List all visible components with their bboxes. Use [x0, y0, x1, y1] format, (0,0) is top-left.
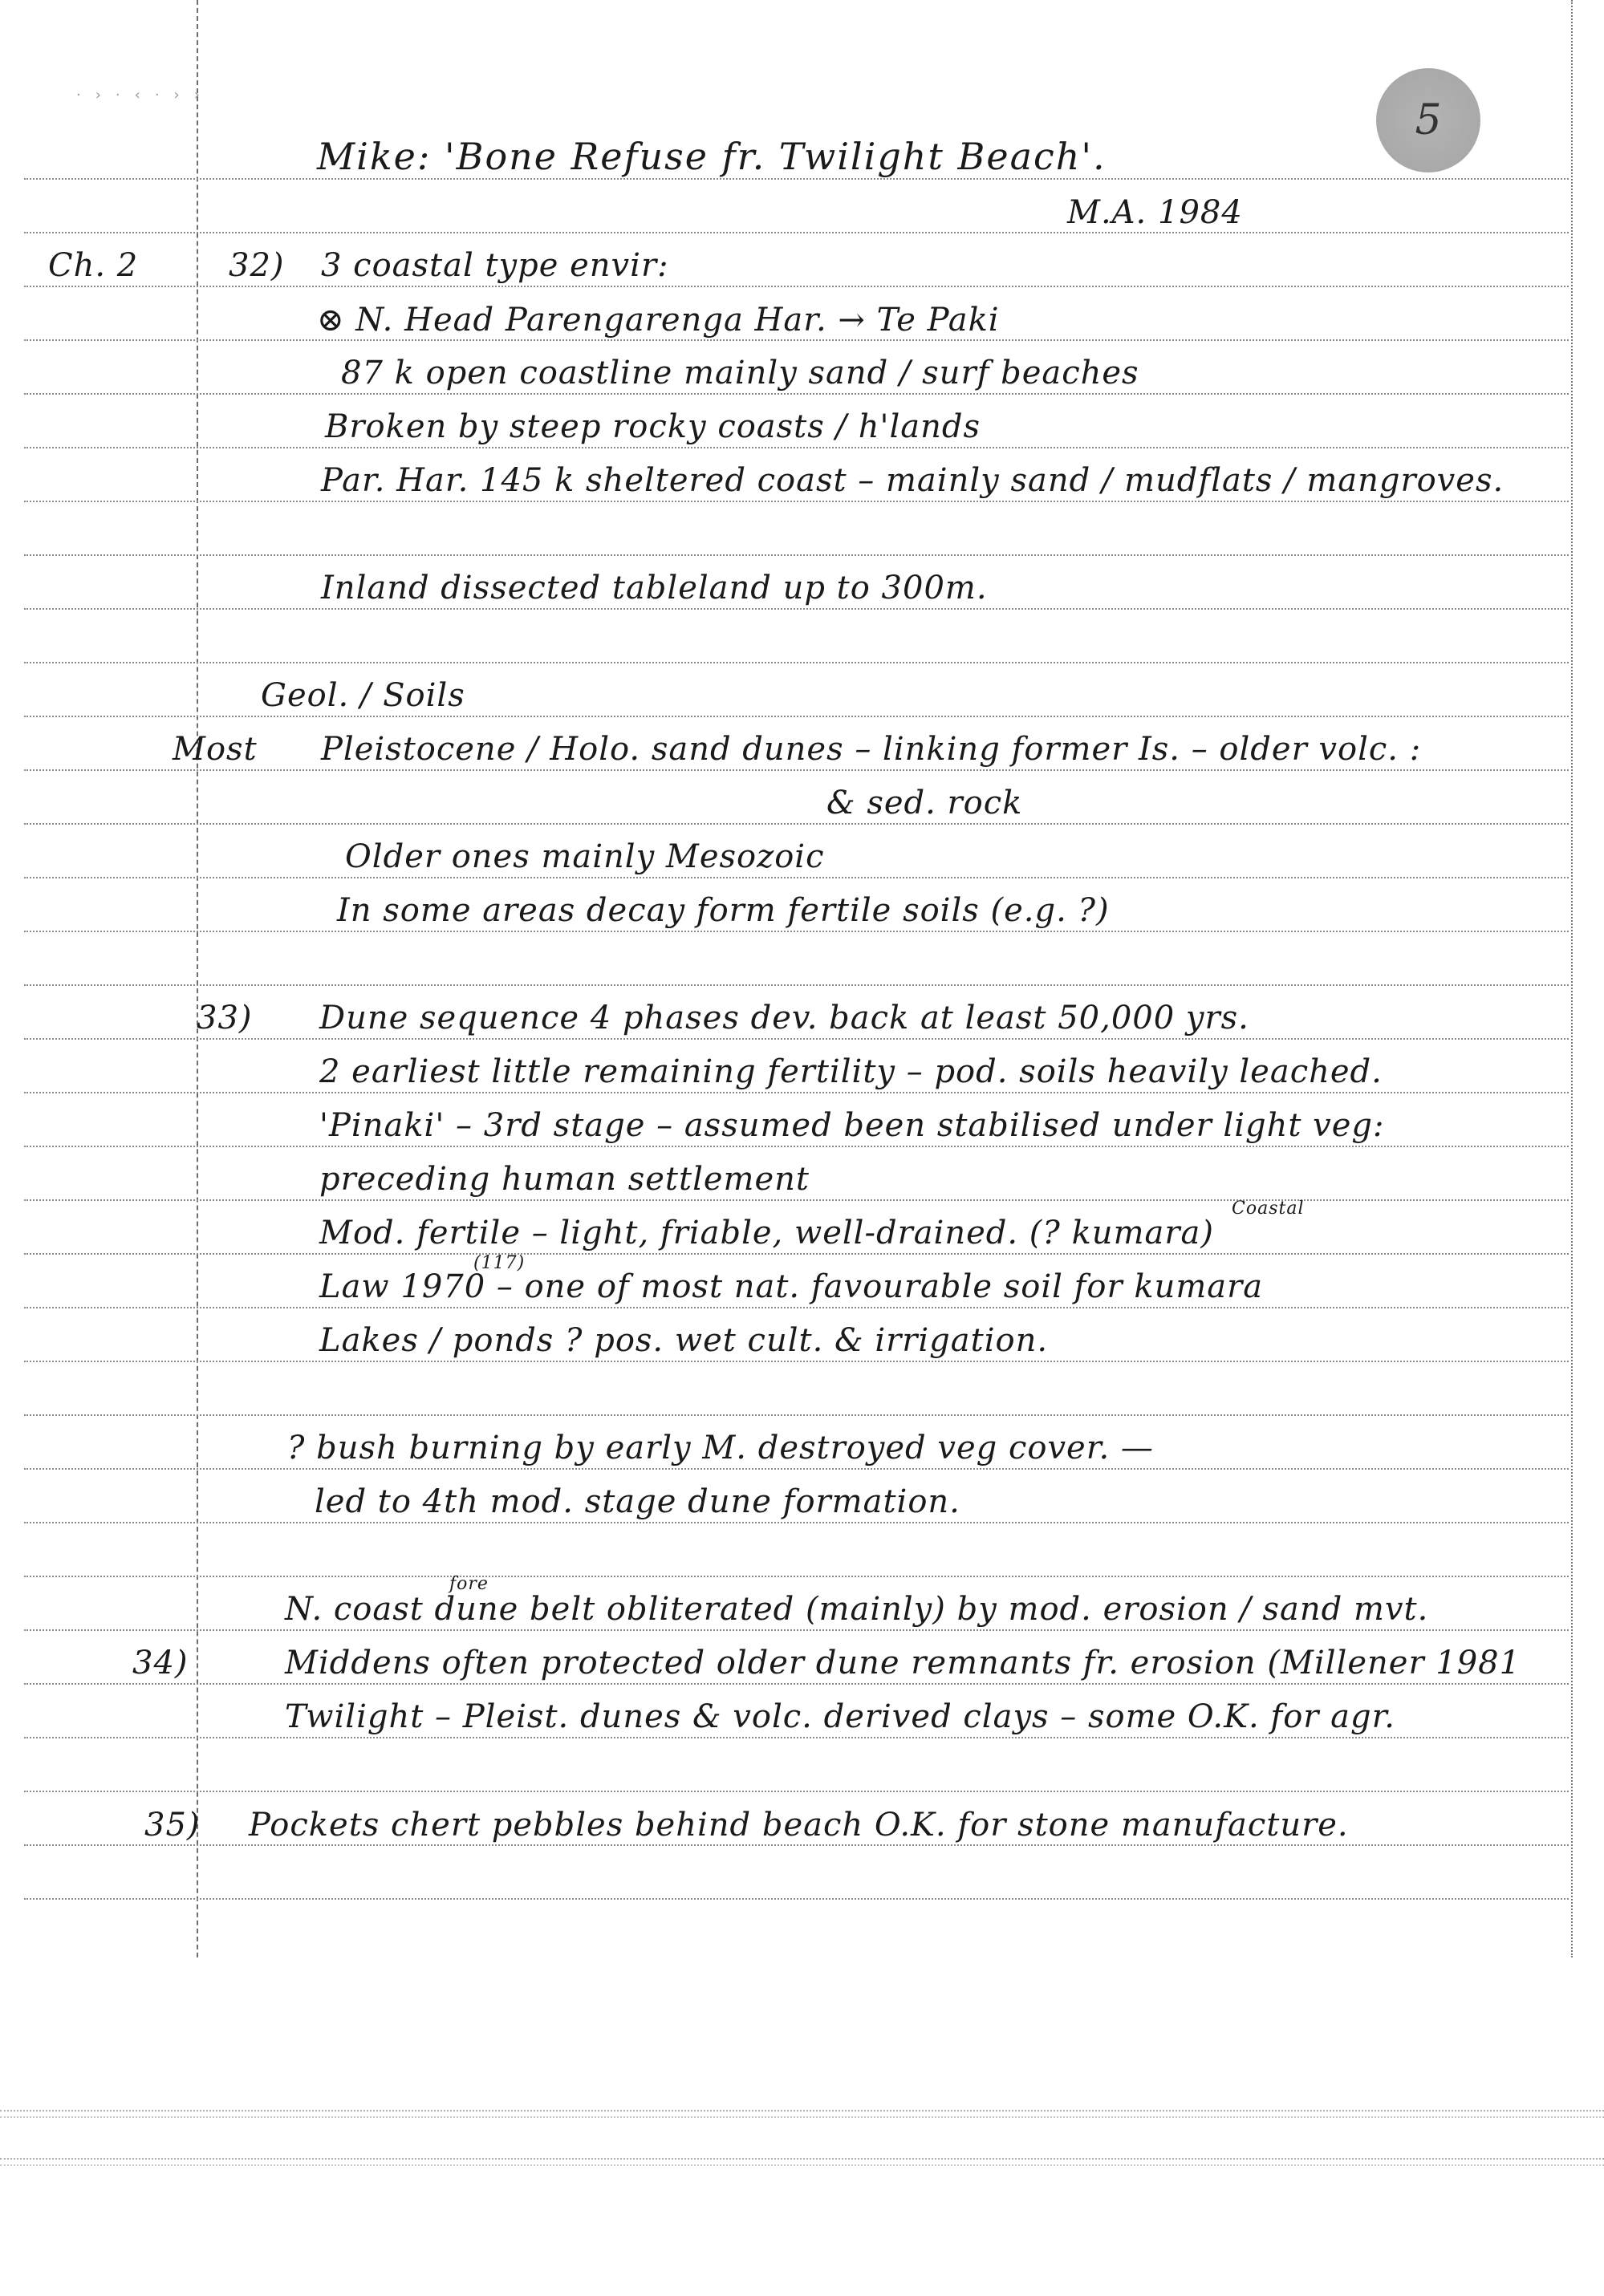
ruled-line [24, 1199, 1569, 1201]
ruled-line [24, 662, 1569, 663]
ruled-line [24, 1146, 1569, 1147]
scan-artifact-band [0, 2158, 1604, 2166]
ruled-line [24, 554, 1569, 556]
ruled-line [24, 608, 1569, 610]
right-page-edge [1571, 0, 1573, 1957]
section-number: 32) [229, 249, 285, 285]
ruled-line [24, 393, 1569, 395]
note-line: Lakes / ponds ? pos. wet cult. & irrigat… [319, 1324, 1048, 1360]
ruled-line [24, 1253, 1569, 1255]
note-line: Par. Har. 145 k sheltered coast – mainly… [321, 464, 1504, 500]
ruled-line [24, 823, 1569, 825]
scan-specks: ·›·‹·›› [76, 87, 214, 103]
ruled-line [24, 1629, 1569, 1631]
note-line: 'Pinaki' – 3rd stage – assumed been stab… [319, 1109, 1385, 1145]
ruled-line [24, 1361, 1569, 1362]
note-line: 3 coastal type envir: [321, 249, 669, 285]
note-line: 87 k open coastline mainly sand / surf b… [341, 357, 1139, 392]
ruled-line [24, 232, 1569, 233]
page-number: 5 [1415, 96, 1441, 144]
ruled-line [24, 1092, 1569, 1093]
ruled-line [24, 1576, 1569, 1577]
note-heading: Geol. / Soils [261, 679, 465, 715]
ruled-line [24, 1038, 1569, 1040]
page-number-badge: 5 [1376, 68, 1480, 172]
margin-note: Most [173, 733, 258, 769]
scan-artifact-band [0, 2110, 1604, 2118]
margin-note: Ch. 2 [48, 249, 138, 285]
note-line: Pockets chert pebbles behind beach O.K. … [249, 1809, 1349, 1844]
ruled-line [24, 984, 1569, 986]
ruled-line [24, 1468, 1569, 1470]
note-line: Mod. fertile – light, friable, well-drai… [319, 1217, 1214, 1252]
ruled-line [24, 447, 1569, 448]
note-line: N. coast dune belt obliterated (mainly) … [285, 1593, 1428, 1629]
ruled-line [24, 178, 1569, 180]
note-line: led to 4th mod. stage dune formation. [315, 1486, 960, 1521]
ruled-line [24, 1683, 1569, 1685]
section-number: 35) [144, 1809, 201, 1844]
note-line: Inland dissected tableland up to 300m. [321, 572, 988, 607]
note-line: Law 1970 – one of most nat. favourable s… [319, 1271, 1263, 1306]
ruled-line [24, 1791, 1569, 1792]
note-line: Middens often protected older dune remna… [285, 1647, 1521, 1682]
superscript-note: (117) [473, 1255, 525, 1276]
note-line: In some areas decay form fertile soils (… [337, 894, 1110, 930]
ruled-line [24, 1844, 1569, 1846]
page-title: Mike: 'Bone Refuse fr. Twilight Beach'. [317, 138, 1107, 178]
section-number: 33) [197, 1002, 253, 1037]
ruled-line [24, 931, 1569, 932]
ruled-line [24, 1898, 1569, 1900]
author-date: M.A. 1984 [1067, 197, 1243, 232]
ruled-line [24, 877, 1569, 878]
note-line: ⊗ N. Head Parengarenga Har. → Te Paki [317, 304, 1000, 339]
note-line: Pleistocene / Holo. sand dunes – linking… [321, 733, 1421, 769]
superscript-note: Coastal [1232, 1200, 1304, 1221]
ruled-line [24, 286, 1569, 287]
note-line: & sed. rock [826, 787, 1022, 822]
ruled-line [24, 501, 1569, 502]
section-number: 34) [132, 1647, 189, 1682]
ruled-line [24, 716, 1569, 717]
notebook-page: ·›·‹·›› 5 Mike: 'Bone Refuse fr. Twiligh… [0, 0, 1604, 2296]
left-margin-line [197, 0, 198, 1957]
ruled-line [24, 769, 1569, 771]
ruled-line [24, 339, 1569, 341]
ruled-line [24, 1414, 1569, 1416]
note-line: preceding human settlement [319, 1163, 810, 1199]
ruled-line [24, 1522, 1569, 1523]
note-line: Dune sequence 4 phases dev. back at leas… [319, 1002, 1249, 1037]
ruled-line [24, 1737, 1569, 1738]
note-line: Broken by steep rocky coasts / h'lands [325, 411, 981, 446]
note-line: ? bush burning by early M. destroyed veg… [287, 1432, 1154, 1467]
note-line: Twilight – Pleist. dunes & volc. derived… [285, 1701, 1395, 1736]
note-line: 2 earliest little remaining fertility – … [319, 1056, 1383, 1091]
note-line: Older ones mainly Mesozoic [345, 841, 824, 876]
ruled-line [24, 1307, 1569, 1308]
superscript-note: fore [449, 1576, 489, 1596]
